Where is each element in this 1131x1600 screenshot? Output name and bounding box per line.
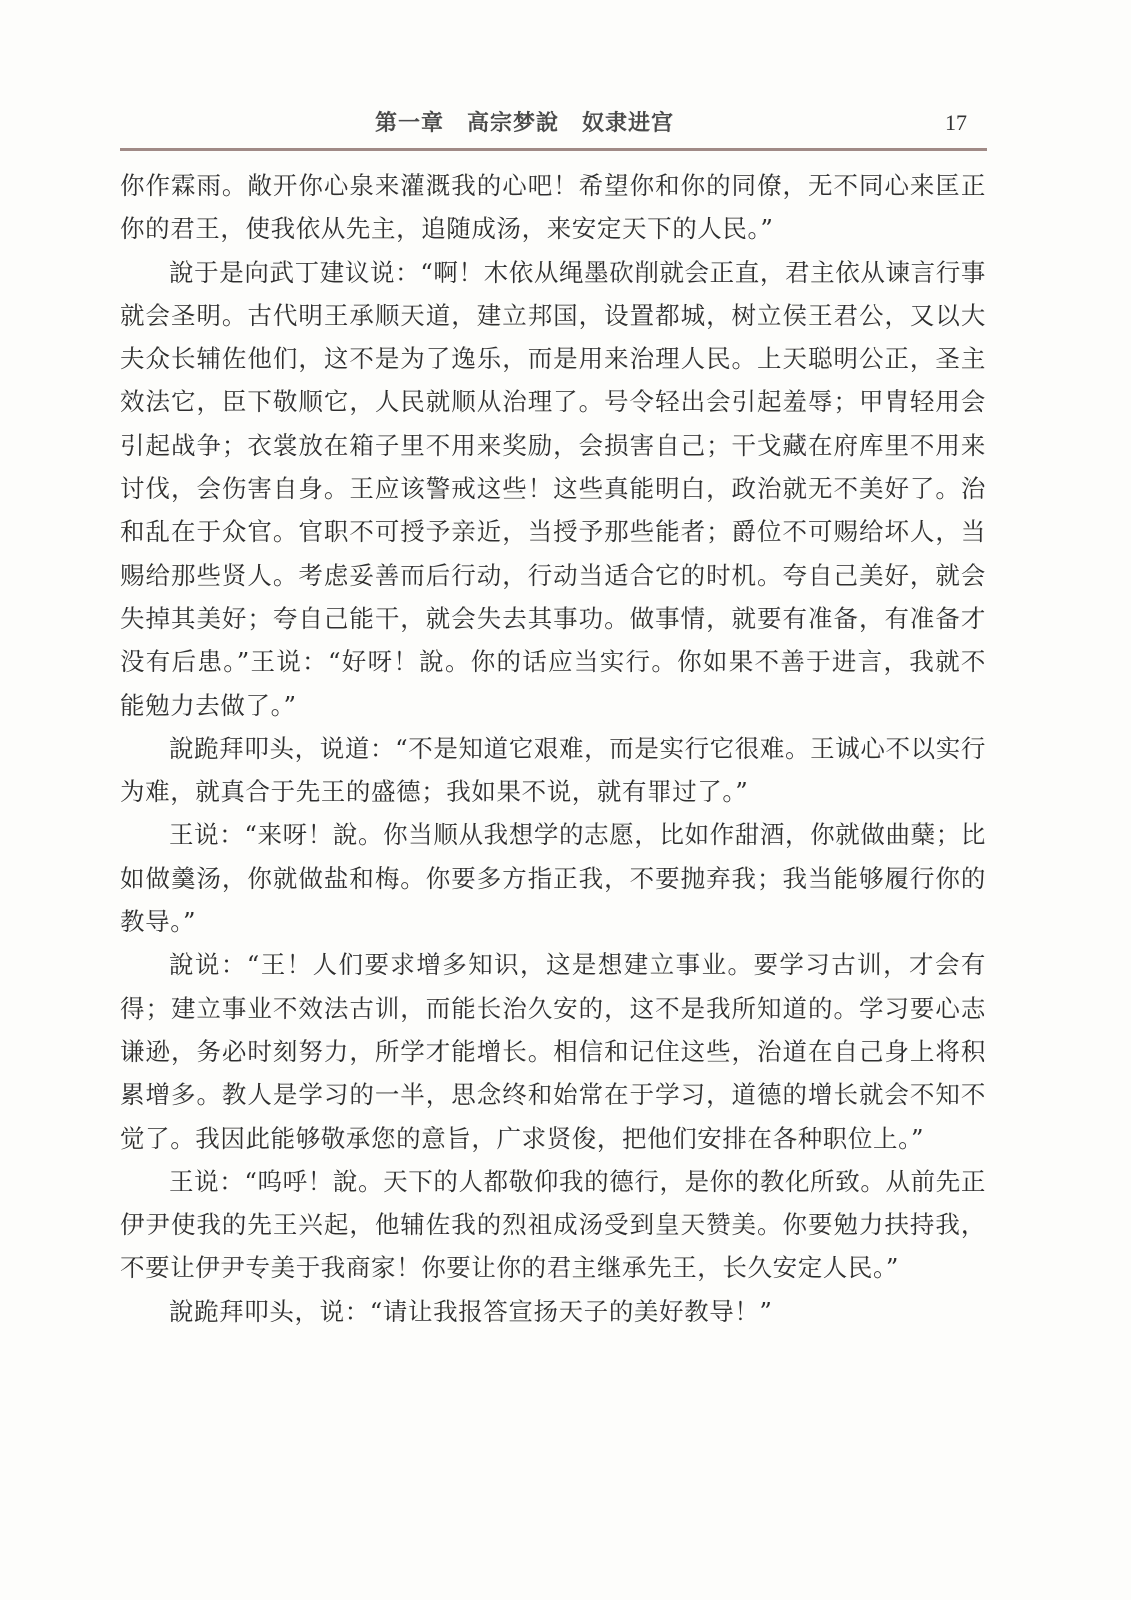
paragraph: 王说：“呜呼！說。天下的人都敬仰我的德行，是你的教化所致。从前先正伊尹使我的先王… bbox=[120, 1160, 986, 1290]
paragraph: 你作霖雨。敞开你心泉来灌溉我的心吧！希望你和你的同僚，无不同心来匡正你的君王，使… bbox=[120, 164, 986, 251]
body-text: 你作霖雨。敞开你心泉来灌溉我的心吧！希望你和你的同僚，无不同心来匡正你的君王，使… bbox=[120, 164, 986, 1333]
header-rule bbox=[120, 148, 987, 151]
paragraph: 說于是向武丁建议说：“啊！木依从绳墨砍削就会正直，君主依从谏言行事就会圣明。古代… bbox=[120, 251, 986, 727]
paragraph: 說跪拜叩头，说：“请让我报答宣扬天子的美好教导！” bbox=[120, 1290, 986, 1333]
chapter-title: 第一章 高宗梦說 奴隶进宫 bbox=[375, 106, 674, 137]
page-number: 17 bbox=[945, 110, 967, 136]
paragraph: 說说：“王！人们要求增多知识，这是想建立事业。要学习古训，才会有得；建立事业不效… bbox=[120, 943, 986, 1159]
book-page: 第一章 高宗梦說 奴隶进宫 17 你作霖雨。敞开你心泉来灌溉我的心吧！希望你和你… bbox=[0, 0, 1131, 1600]
paragraph: 王说：“来呀！說。你当顺从我想学的志愿，比如作甜酒，你就做曲蘖；比如做羹汤，你就… bbox=[120, 813, 986, 943]
running-head: 第一章 高宗梦說 奴隶进宫 17 bbox=[120, 106, 987, 142]
paragraph: 說跪拜叩头，说道：“不是知道它艰难，而是实行它很难。王诚心不以实行为难，就真合于… bbox=[120, 727, 986, 814]
